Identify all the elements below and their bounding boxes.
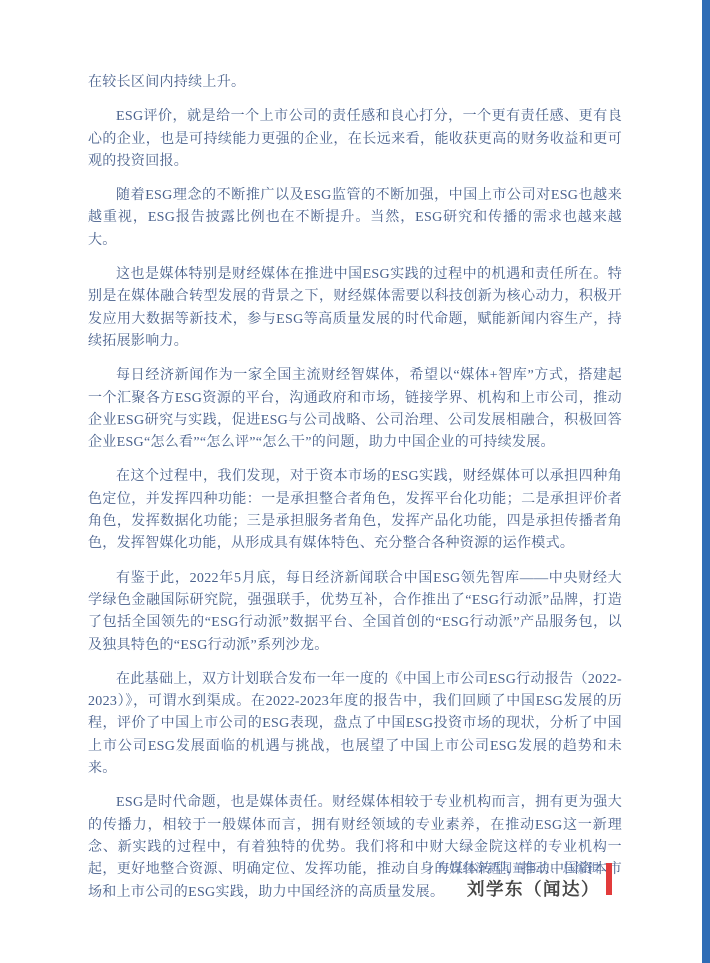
body-paragraph-6: 在这个过程中，我们发现，对于资本市场的ESG实践，财经媒体可以承担四种角色定位，… [88,466,622,555]
page-edge-accent-bar [702,0,710,963]
body-paragraph-8: 在此基础上，双方计划联合发布一年一度的《中国上市公司ESG行动报告（2022-2… [88,669,622,780]
signature-name: 刘学东（闻达） [437,878,600,900]
body-paragraph-4: 这也是媒体特别是财经媒体在推进中国ESG实践的过程中的机遇和责任所在。特别是在媒… [88,264,622,353]
body-paragraph-2: ESG评价，就是给一个上市公司的责任感和良心打分，一个更有责任感、更有良心的企业… [88,106,622,173]
body-paragraph-7: 有鉴于此，2022年5月底，每日经济新闻联合中国ESG领先智库——中央财经大学绿… [88,568,622,657]
body-paragraph-1: 在较长区间内持续上升。 [88,72,622,94]
page-body-text: 在较长区间内持续上升。 ESG评价，就是给一个上市公司的责任感和良心打分，一个更… [88,72,622,916]
signature-text: 每日经济新闻董事长、总编辑 刘学东（闻达） [437,861,600,900]
signature-title: 每日经济新闻董事长、总编辑 [437,861,600,876]
signature-block: 每日经济新闻董事长、总编辑 刘学东（闻达） [437,861,612,900]
body-paragraph-5: 每日经济新闻作为一家全国主流财经智媒体，希望以“媒体+智库”方式，搭建起一个汇聚… [88,365,622,454]
document-page: 在较长区间内持续上升。 ESG评价，就是给一个上市公司的责任感和良心打分，一个更… [0,0,710,963]
body-paragraph-3: 随着ESG理念的不断推广以及ESG监管的不断加强，中国上市公司对ESG也越来越重… [88,185,622,252]
signature-red-bar [606,863,612,895]
